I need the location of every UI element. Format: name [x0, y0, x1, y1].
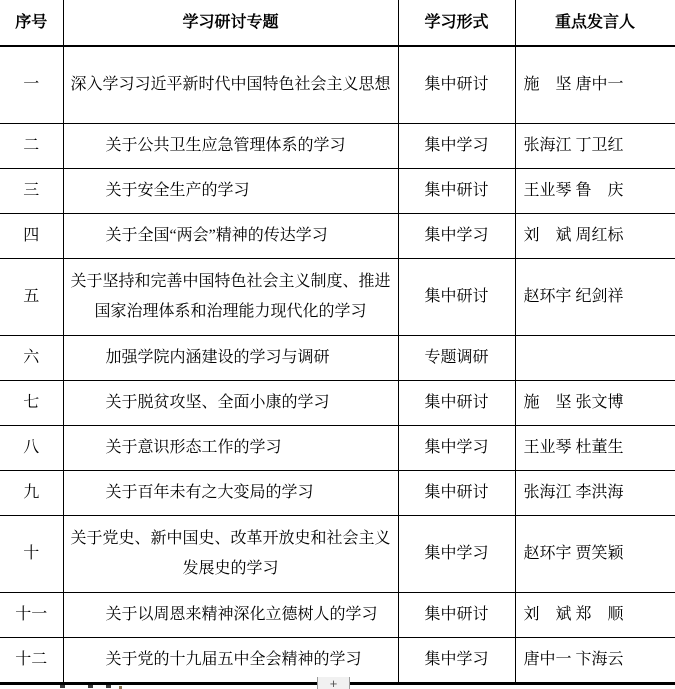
form-cell: 集中研讨 [398, 381, 515, 426]
topic-cell: 关于坚持和完善中国特色社会主义制度、推进国家治理体系和治理能力现代化的学习 [63, 259, 398, 336]
speakers-cell: 刘 斌 周红标 [515, 214, 675, 259]
table-body: 一 深入学习习近平新时代中国特色社会主义思想 集中研讨 施 坚 唐中一 二 关于… [0, 46, 675, 684]
topic-cell: 关于安全生产的学习 [63, 169, 398, 214]
row-number-cell: 五 [0, 259, 63, 336]
row-number-cell: 九 [0, 471, 63, 516]
row-number-cell: 四 [0, 214, 63, 259]
col-header-number: 序号 [0, 0, 63, 46]
table-row: 十一 关于以周恩来精神深化立德树人的学习 集中研讨 刘 斌 郑 顺 [0, 593, 675, 638]
form-cell: 集中研讨 [398, 46, 515, 124]
cut-off-text-fragment [60, 685, 65, 688]
topic-cell: 关于脱贫攻坚、全面小康的学习 [63, 381, 398, 426]
form-cell: 集中学习 [398, 214, 515, 259]
table-row: 九 关于百年未有之大变局的学习 集中研讨 张海江 李洪海 [0, 471, 675, 516]
form-cell: 集中研讨 [398, 593, 515, 638]
row-number-cell: 三 [0, 169, 63, 214]
speakers-cell: 张海江 丁卫红 [515, 124, 675, 169]
row-number-cell: 七 [0, 381, 63, 426]
topic-cell: 关于以周恩来精神深化立德树人的学习 [63, 593, 398, 638]
topic-cell: 关于百年未有之大变局的学习 [63, 471, 398, 516]
speakers-cell: 赵环宇 贾笑颖 [515, 516, 675, 593]
speakers-cell: 唐中一 卞海云 [515, 638, 675, 684]
topic-cell: 加强学院内涵建设的学习与调研 [63, 336, 398, 381]
speakers-cell: 张海江 李洪海 [515, 471, 675, 516]
col-header-topic: 学习研讨专题 [63, 0, 398, 46]
topic-cell: 深入学习习近平新时代中国特色社会主义思想 [63, 46, 398, 124]
plus-icon: + [330, 677, 338, 689]
row-number-cell: 八 [0, 426, 63, 471]
form-cell: 集中研讨 [398, 471, 515, 516]
speakers-cell: 刘 斌 郑 顺 [515, 593, 675, 638]
speakers-cell: 王业琴 杜董生 [515, 426, 675, 471]
document-page: 序号 学习研讨专题 学习形式 重点发言人 一 深入学习习近平新时代中国特色社会主… [0, 0, 675, 689]
speakers-cell: 王业琴 鲁 庆 [515, 169, 675, 214]
form-cell: 集中学习 [398, 638, 515, 684]
col-header-form: 学习形式 [398, 0, 515, 46]
speakers-cell: 施 坚 唐中一 [515, 46, 675, 124]
study-schedule-table: 序号 学习研讨专题 学习形式 重点发言人 一 深入学习习近平新时代中国特色社会主… [0, 0, 675, 685]
row-number-cell: 六 [0, 336, 63, 381]
speakers-cell: 施 坚 张文博 [515, 381, 675, 426]
form-cell: 集中学习 [398, 124, 515, 169]
col-header-speakers: 重点发言人 [515, 0, 675, 46]
table-row: 八 关于意识形态工作的学习 集中学习 王业琴 杜董生 [0, 426, 675, 471]
form-cell: 集中学习 [398, 516, 515, 593]
table-header-row: 序号 学习研讨专题 学习形式 重点发言人 [0, 0, 675, 46]
form-cell: 集中研讨 [398, 259, 515, 336]
row-number-cell: 十 [0, 516, 63, 593]
topic-cell: 关于党史、新中国史、改革开放史和社会主义发展史的学习 [63, 516, 398, 593]
table-row: 五 关于坚持和完善中国特色社会主义制度、推进国家治理体系和治理能力现代化的学习 … [0, 259, 675, 336]
table-row: 一 深入学习习近平新时代中国特色社会主义思想 集中研讨 施 坚 唐中一 [0, 46, 675, 124]
insert-control[interactable]: + [317, 677, 350, 689]
topic-cell: 关于意识形态工作的学习 [63, 426, 398, 471]
table-row: 六 加强学院内涵建设的学习与调研 专题调研 [0, 336, 675, 381]
topic-cell: 关于全国“两会”精神的传达学习 [63, 214, 398, 259]
topic-cell: 关于公共卫生应急管理体系的学习 [63, 124, 398, 169]
row-number-cell: 二 [0, 124, 63, 169]
form-cell: 集中学习 [398, 426, 515, 471]
speakers-cell [515, 336, 675, 381]
form-cell: 集中研讨 [398, 169, 515, 214]
row-number-cell: 一 [0, 46, 63, 124]
table-row: 七 关于脱贫攻坚、全面小康的学习 集中研讨 施 坚 张文博 [0, 381, 675, 426]
row-number-cell: 十二 [0, 638, 63, 684]
speakers-cell: 赵环宇 纪剑祥 [515, 259, 675, 336]
cut-off-text-fragment [106, 685, 111, 688]
row-number-cell: 十一 [0, 593, 63, 638]
table-row: 十 关于党史、新中国史、改革开放史和社会主义发展史的学习 集中学习 赵环宇 贾笑… [0, 516, 675, 593]
table-row: 三 关于安全生产的学习 集中研讨 王业琴 鲁 庆 [0, 169, 675, 214]
form-cell: 专题调研 [398, 336, 515, 381]
table-row: 四 关于全国“两会”精神的传达学习 集中学习 刘 斌 周红标 [0, 214, 675, 259]
cut-off-text-fragment [88, 685, 93, 688]
table-row: 二 关于公共卫生应急管理体系的学习 集中学习 张海江 丁卫红 [0, 124, 675, 169]
